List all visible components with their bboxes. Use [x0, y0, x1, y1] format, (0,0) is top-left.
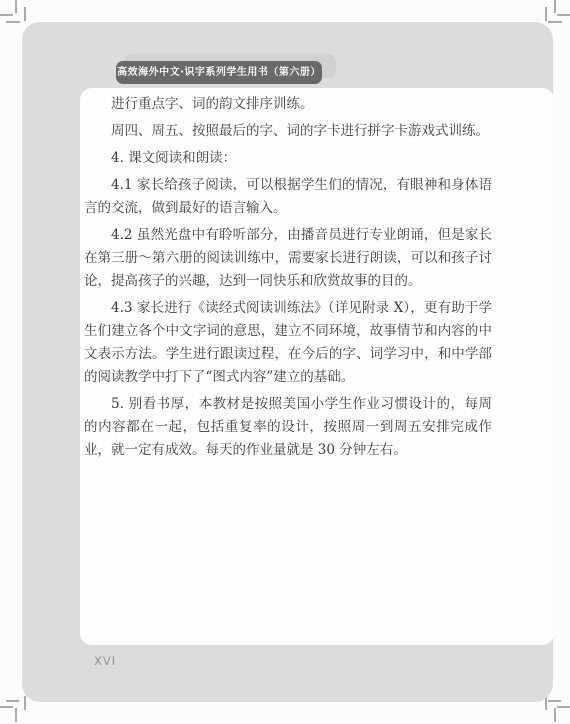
content-card: 进行重点字、词的韵文排序训练。 周四、周五、按照最后的字、词的字卡进行拼字卡游戏…: [80, 88, 554, 645]
paragraph-section5: 5. 别看书厚，本教材是按照美国小学生作业习惯设计的，每周的内容都在一起，包括重…: [84, 393, 492, 462]
crop-mark-bottom-right: [557, 706, 570, 708]
crop-mark-bottom-left: [0, 706, 13, 708]
crop-mark-bottom-right: [554, 708, 556, 722]
page-number: XVI: [94, 654, 116, 668]
header-badge-label: 高效海外中文·识字系列学生用书（第六册）: [117, 67, 321, 78]
paragraph-section4-heading: 4. 课文阅读和朗读：: [84, 147, 492, 170]
paragraph-4-1: 4.1 家长给孩子阅读，可以根据学生们的情况，有眼神和身体语言的交流，做到最好的…: [84, 174, 492, 220]
crop-mark-top-left: [15, 0, 17, 13]
crop-mark-bottom-right: [548, 700, 561, 702]
paragraph-4-2: 4.2 虽然光盘中有聆听部分，由播音员进行专业朗诵，但是家长在第三册～第六册的阅…: [84, 224, 492, 293]
crop-mark-top-left: [6, 21, 20, 23]
crop-mark-bottom-left: [15, 708, 17, 722]
body-text: 进行重点字、词的韵文排序训练。 周四、周五、按照最后的字、词的字卡进行拼字卡游戏…: [84, 93, 492, 466]
crop-mark-bottom-left: [24, 696, 26, 710]
paragraph-ordering-drill: 进行重点字、词的韵文排序训练。: [84, 93, 492, 116]
header-badge: 高效海外中文·识字系列学生用书（第六册）: [116, 61, 322, 84]
paragraph-4-3: 4.3 家长进行《读经式阅读训练法》（详见附录 X），更有助于学生们建立各个中文…: [84, 297, 492, 389]
crop-mark-top-left: [24, 7, 26, 21]
crop-mark-top-right: [557, 14, 570, 16]
crop-mark-top-right: [545, 7, 547, 21]
crop-mark-top-right: [554, 0, 556, 13]
crop-mark-top-left: [0, 14, 13, 16]
paragraph-thu-fri-drill: 周四、周五、按照最后的字、词的字卡进行拼字卡游戏式训练。: [84, 120, 492, 143]
scanned-page: 高效海外中文·识字系列学生用书（第六册） 进行重点字、词的韵文排序训练。 周四、…: [0, 0, 570, 724]
crop-mark-bottom-left: [6, 700, 19, 702]
crop-mark-top-right: [548, 21, 562, 23]
